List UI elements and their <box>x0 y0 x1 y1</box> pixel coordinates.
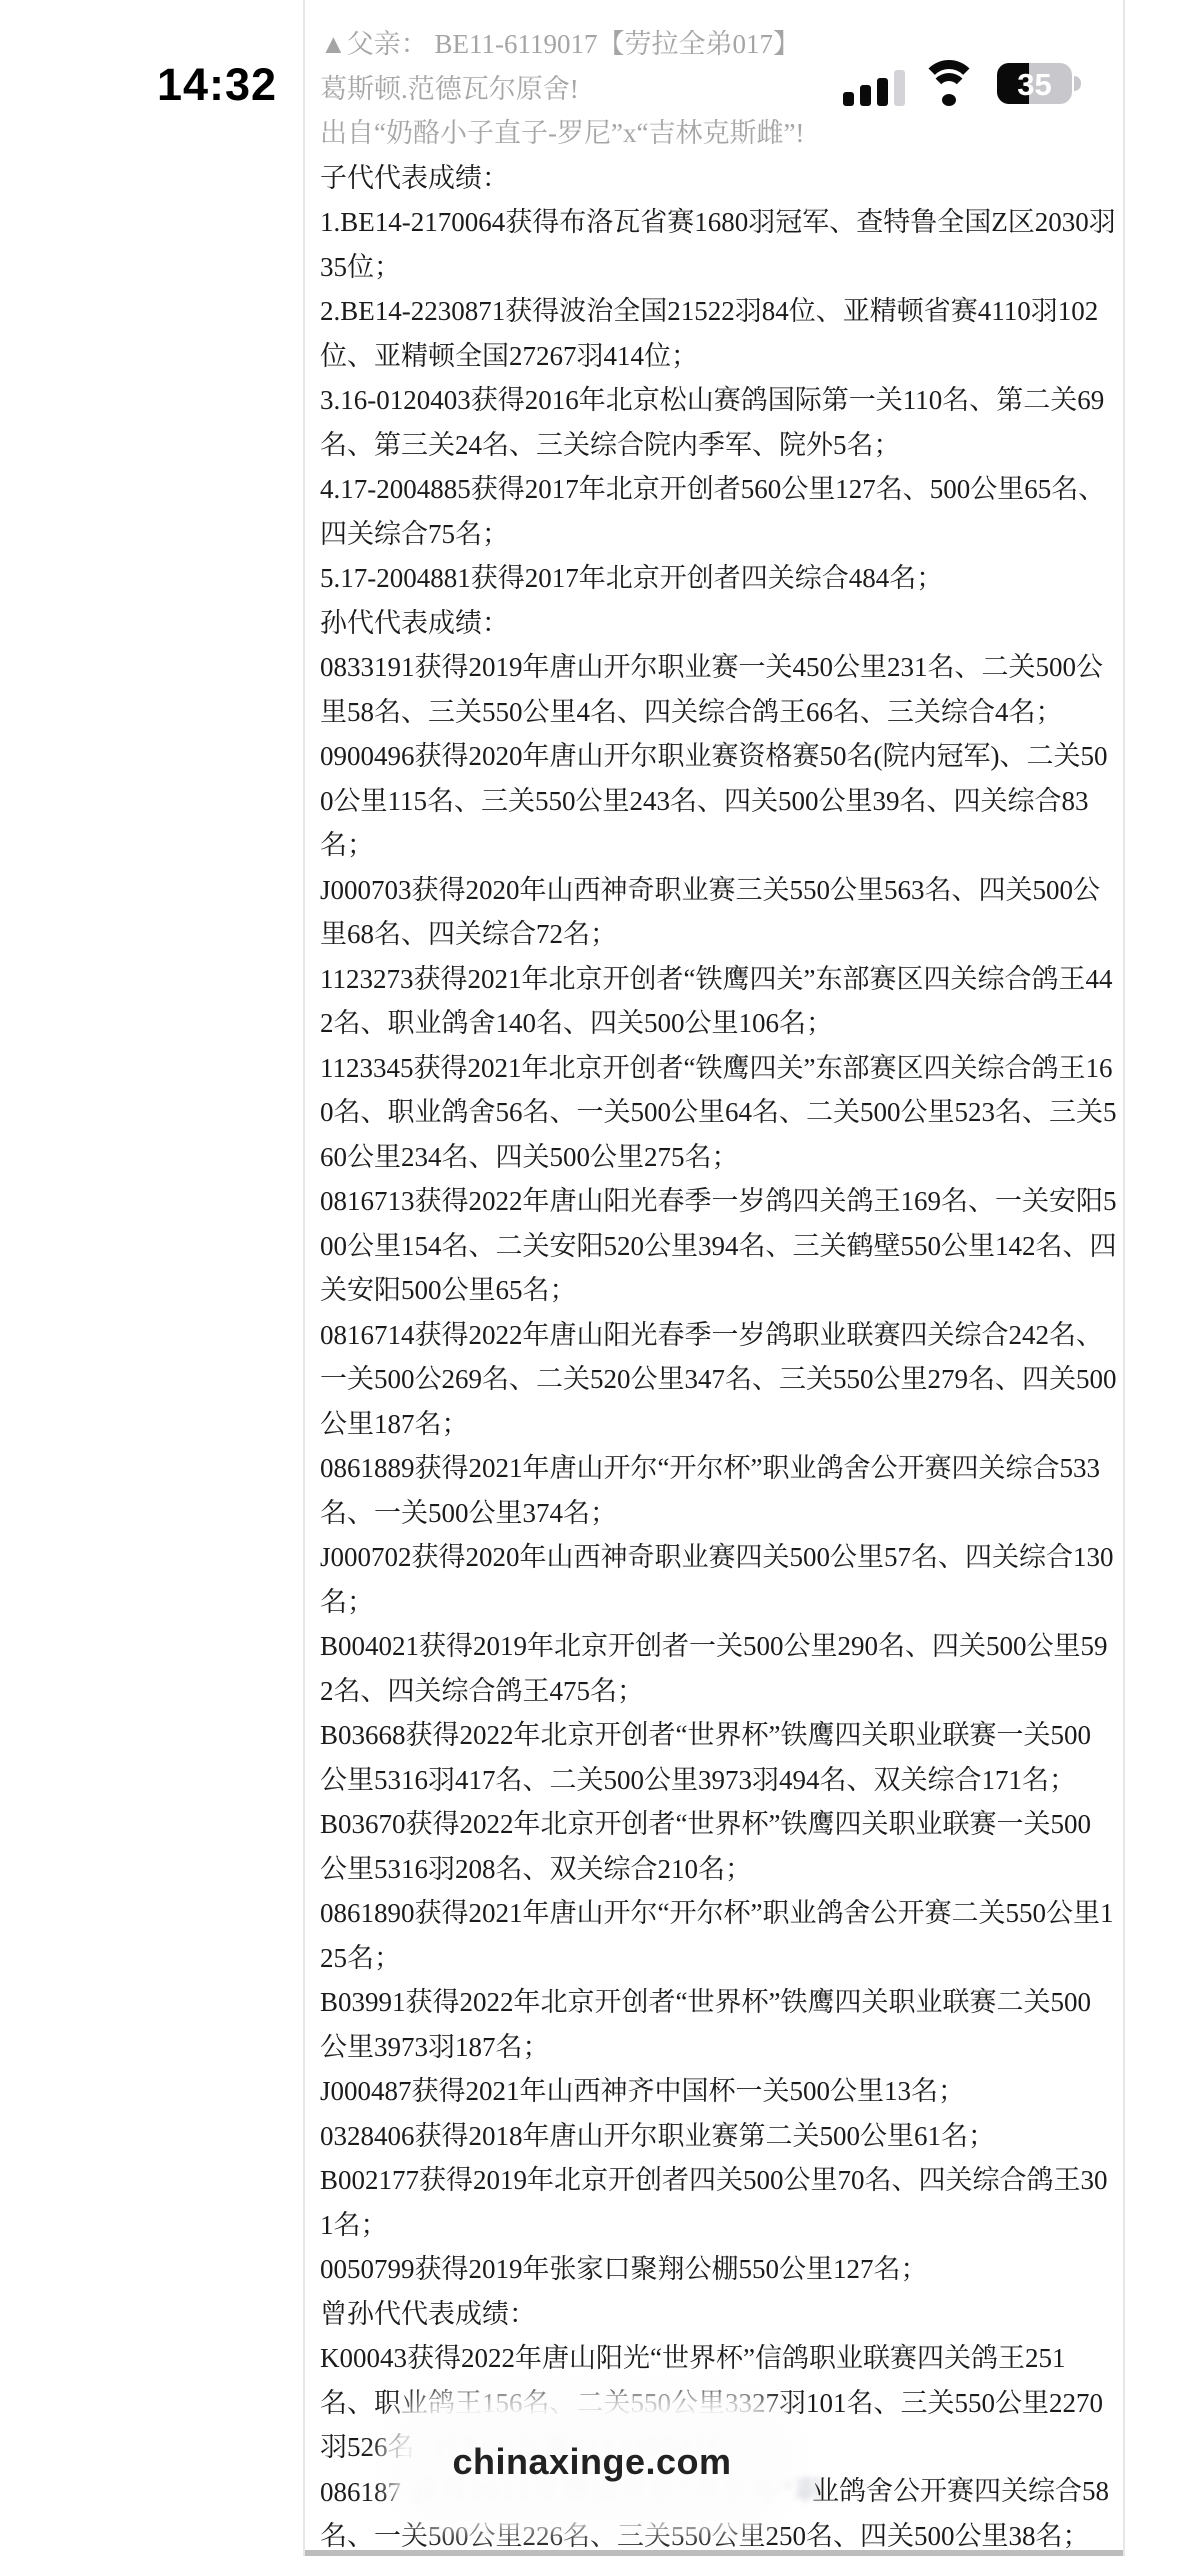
text-line: 60公里234名、四关500公里275名； <box>320 1135 1120 1180</box>
text-line: ▲父亲： BE11-6119017【劳拉全弟017】 <box>320 22 1120 67</box>
text-line: J000487获得2021年山西神齐中国杯一关500公里13名； <box>320 2069 1120 2114</box>
text-line: 一关500公269名、二关520公里347名、三关550公里279名、四关500 <box>320 1357 1120 1402</box>
text-line: 名、一关500公里374名； <box>320 1491 1120 1536</box>
text-line: 里68名、四关综合72名； <box>320 912 1120 957</box>
text-line: 里58名、三关550公里4名、四关综合鸽王66名、三关综合4名； <box>320 690 1120 735</box>
signal-bar <box>877 78 888 106</box>
text-line: 名； <box>320 823 1120 868</box>
text-line: B03670获得2022年北京开创者“世界杯”铁鹰四关职业联赛一关500 <box>320 1802 1120 1847</box>
text-line: 名； <box>320 1580 1120 1625</box>
text-line: 0名、职业鸽舍56名、一关500公里64名、二关500公里523名、三关5 <box>320 1090 1120 1135</box>
text-line: 5.17-2004881获得2017年北京开创者四关综合484名； <box>320 556 1120 601</box>
text-line: 35位； <box>320 245 1120 290</box>
wifi-dot <box>942 94 956 106</box>
text-line: B004021获得2019年北京开创者一关500公里290名、四关500公里59 <box>320 1624 1120 1669</box>
signal-bar <box>843 92 854 106</box>
page-divider <box>305 2550 1123 2556</box>
text-line: J000703获得2020年山西神奇职业赛三关550公里563名、四关500公 <box>320 868 1120 913</box>
text-line: 0861890获得2021年唐山开尔“开尔杯”职业鸽舍公开赛二关550公里1 <box>320 1891 1120 1936</box>
text-line: 1123273获得2021年北京开创者“铁鹰四关”东部赛区四关综合鸽王44 <box>320 957 1120 1002</box>
status-bar-time: 14:32 <box>147 61 287 109</box>
watermark-pill: chinaxinge.com <box>402 2410 782 2513</box>
text-line: B002177获得2019年北京开创者四关500公里70名、四关综合鸽王30 <box>320 2158 1120 2203</box>
text-line: 00公里154名、二关安阳520公里394名、三关鹤壁550公里142名、四 <box>320 1224 1120 1269</box>
text-line: 0公里115名、三关550公里243名、四关500公里39名、四关综合83 <box>320 779 1120 824</box>
text-line: 25名； <box>320 1936 1120 1981</box>
text-line: 四关综合75名； <box>320 512 1120 557</box>
text-line: 名、第三关24名、三关综合院内季军、院外5名； <box>320 423 1120 468</box>
text-line: 公里187名； <box>320 1402 1120 1447</box>
cellular-signal-icon <box>843 62 909 108</box>
text-line: 3.16-0120403获得2016年北京松山赛鸽国际第一关110名、第二关69 <box>320 378 1120 423</box>
text-line: 2名、职业鸽舍140名、四关500公里106名； <box>320 1001 1120 1046</box>
text-line: 公里5316羽417名、二关500公里3973羽494名、双关综合171名； <box>320 1758 1120 1803</box>
text-line: 1123345获得2021年北京开创者“铁鹰四关”东部赛区四关综合鸽王16 <box>320 1046 1120 1091</box>
text-line: 0050799获得2019年张家口聚翔公棚550公里127名； <box>320 2247 1120 2292</box>
text-line: 2.BE14-2230871获得波治全国21522羽84位、亚精顿省赛4110羽… <box>320 289 1120 334</box>
text-line: 0861889获得2021年唐山开尔“开尔杯”职业鸽舍公开赛四关综合533 <box>320 1446 1120 1491</box>
text-line: 0833191获得2019年唐山开尔职业赛一关450公里231名、二关500公 <box>320 645 1120 690</box>
text-line: 关安阳500公里65名； <box>320 1268 1120 1313</box>
text-line: 4.17-2004885获得2017年北京开创者560公里127名、500公里6… <box>320 467 1120 512</box>
signal-bar <box>860 85 871 106</box>
text-line: 0816713获得2022年唐山阳光春季一岁鸽四关鸽王169名、一关安阳5 <box>320 1179 1120 1224</box>
text-line: 公里5316羽208名、双关综合210名； <box>320 1847 1120 1892</box>
text-line: 子代代表成绩： <box>320 156 1120 201</box>
text-line: 0900496获得2020年唐山开尔职业赛资格赛50名(院内冠军)、二关50 <box>320 734 1120 779</box>
text-line: 2名、四关综合鸽王475名； <box>320 1669 1120 1714</box>
text-line: B03991获得2022年北京开创者“世界杯”铁鹰四关职业联赛二关500 <box>320 1980 1120 2025</box>
text-line: 0328406获得2018年唐山开尔职业赛第二关500公里61名； <box>320 2114 1120 2159</box>
text-line: 出自“奶酪小子直子-罗尼”x“吉林克斯雌”! <box>320 111 1120 156</box>
wifi-icon <box>920 58 978 110</box>
text-line: 0816714获得2022年唐山阳光春季一岁鸽职业联赛四关综合242名、 <box>320 1313 1120 1358</box>
watermark-label: chinaxinge.com <box>452 2441 731 2483</box>
text-line: 曾孙代代表成绩： <box>320 2292 1120 2337</box>
pedigree-text: ▲父亲： BE11-6119017【劳拉全弟017】葛斯顿.范德瓦尔原舍!出自“… <box>320 22 1120 2556</box>
text-line: 1.BE14-2170064获得布洛瓦省赛1680羽冠军、查特鲁全国Z区2030… <box>320 200 1120 245</box>
text-line: J000702获得2020年山西神奇职业赛四关500公里57名、四关综合130 <box>320 1535 1120 1580</box>
text-line: 1名； <box>320 2203 1120 2248</box>
text-line: K00043获得2022年唐山阳光“世界杯”信鸽职业联赛四关鸽王251 <box>320 2336 1120 2381</box>
battery-icon: 35 <box>997 63 1072 104</box>
text-line: 孙代代表成绩： <box>320 601 1120 646</box>
text-line: B03668获得2022年北京开创者“世界杯”铁鹰四关职业联赛一关500 <box>320 1713 1120 1758</box>
battery-percent: 35 <box>997 67 1072 103</box>
text-line: 位、亚精顿全国27267羽414位； <box>320 334 1120 379</box>
text-line: 业鸽舍公开赛四关综合58 <box>812 2469 1109 2514</box>
text-line: 公里3973羽187名； <box>320 2025 1120 2070</box>
signal-bar <box>894 70 905 106</box>
